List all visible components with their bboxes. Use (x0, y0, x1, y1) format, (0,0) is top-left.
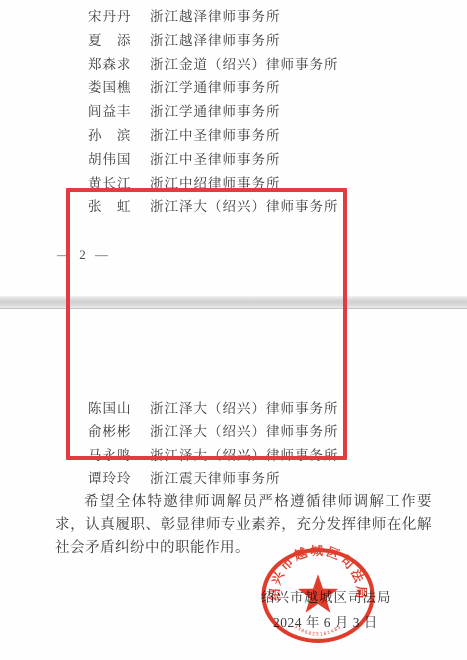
lawyer-name: 夏 添 (88, 32, 134, 50)
law-firm-name: 浙江中绍律师事务所 (150, 175, 281, 193)
lawyer-name: 娄国樵 (88, 79, 134, 97)
law-firm-name: 浙江泽大（绍兴）律师事务所 (150, 447, 339, 465)
law-firm-name: 浙江越泽律师事务所 (150, 32, 281, 50)
roster-row: 俞彬彬浙江泽大（绍兴）律师事务所 (88, 423, 448, 441)
lawyer-name: 马永鸣 (88, 447, 134, 465)
page-number: — 2 — (57, 247, 111, 263)
lawyer-name: 张 虹 (88, 198, 134, 216)
lawyer-name: 俞彬彬 (88, 423, 134, 441)
roster-row: 孙 滨浙江中圣律师事务所 (88, 127, 448, 145)
roster-row: 郑森求浙江金道（绍兴）律师事务所 (88, 56, 448, 74)
law-firm-name: 浙江泽大（绍兴）律师事务所 (150, 198, 339, 216)
law-firm-name: 浙江泽大（绍兴）律师事务所 (150, 423, 339, 441)
roster-row: 胡伟国浙江中圣律师事务所 (88, 151, 448, 169)
law-firm-name: 浙江学通律师事务所 (150, 79, 281, 97)
roster-row: 陈国山浙江泽大（绍兴）律师事务所 (88, 400, 448, 418)
lawyer-name: 谭玲玲 (88, 470, 134, 488)
law-firm-name: 浙江中圣律师事务所 (150, 151, 281, 169)
seal-serial-number: 3306025181483 (293, 624, 343, 638)
lawyer-name: 胡伟国 (88, 151, 134, 169)
highlight-box (66, 188, 347, 460)
roster-row: 谭玲玲浙江震天律师事务所 (88, 470, 448, 488)
svg-text:3306025181483: 3306025181483 (293, 624, 343, 638)
roster-row: 娄国樵浙江学通律师事务所 (88, 79, 448, 97)
law-firm-name: 浙江学通律师事务所 (150, 103, 281, 121)
roster-row: 宋丹丹浙江越泽律师事务所 (88, 8, 448, 26)
lawyer-name: 闾益丰 (88, 103, 134, 121)
document-photo: 宋丹丹浙江越泽律师事务所 夏 添浙江越泽律师事务所 郑森求浙江金道（绍兴）律师事… (0, 0, 467, 660)
lawyer-name: 宋丹丹 (88, 8, 134, 26)
roster-row: 黄长江浙江中绍律师事务所 (88, 175, 448, 193)
page-break-band (0, 296, 467, 309)
law-firm-name: 浙江金道（绍兴）律师事务所 (150, 56, 339, 74)
roster-row: 张 虹浙江泽大（绍兴）律师事务所 (88, 198, 448, 216)
official-seal: 绍兴市越城区司法局 3306025181483 (257, 545, 379, 646)
roster-row: 夏 添浙江越泽律师事务所 (88, 32, 448, 50)
law-firm-name: 浙江震天律师事务所 (150, 470, 281, 488)
roster-row: 马永鸣浙江泽大（绍兴）律师事务所 (88, 447, 448, 465)
law-firm-name: 浙江越泽律师事务所 (150, 8, 281, 26)
lawyer-name: 郑森求 (88, 56, 134, 74)
seal-star-icon (298, 574, 338, 612)
lawyer-name: 孙 滨 (88, 127, 134, 145)
law-firm-name: 浙江中圣律师事务所 (150, 127, 281, 145)
lawyer-name: 陈国山 (88, 400, 134, 418)
lawyer-name: 黄长江 (88, 175, 134, 193)
roster-row: 闾益丰浙江学通律师事务所 (88, 103, 448, 121)
law-firm-name: 浙江泽大（绍兴）律师事务所 (150, 400, 339, 418)
